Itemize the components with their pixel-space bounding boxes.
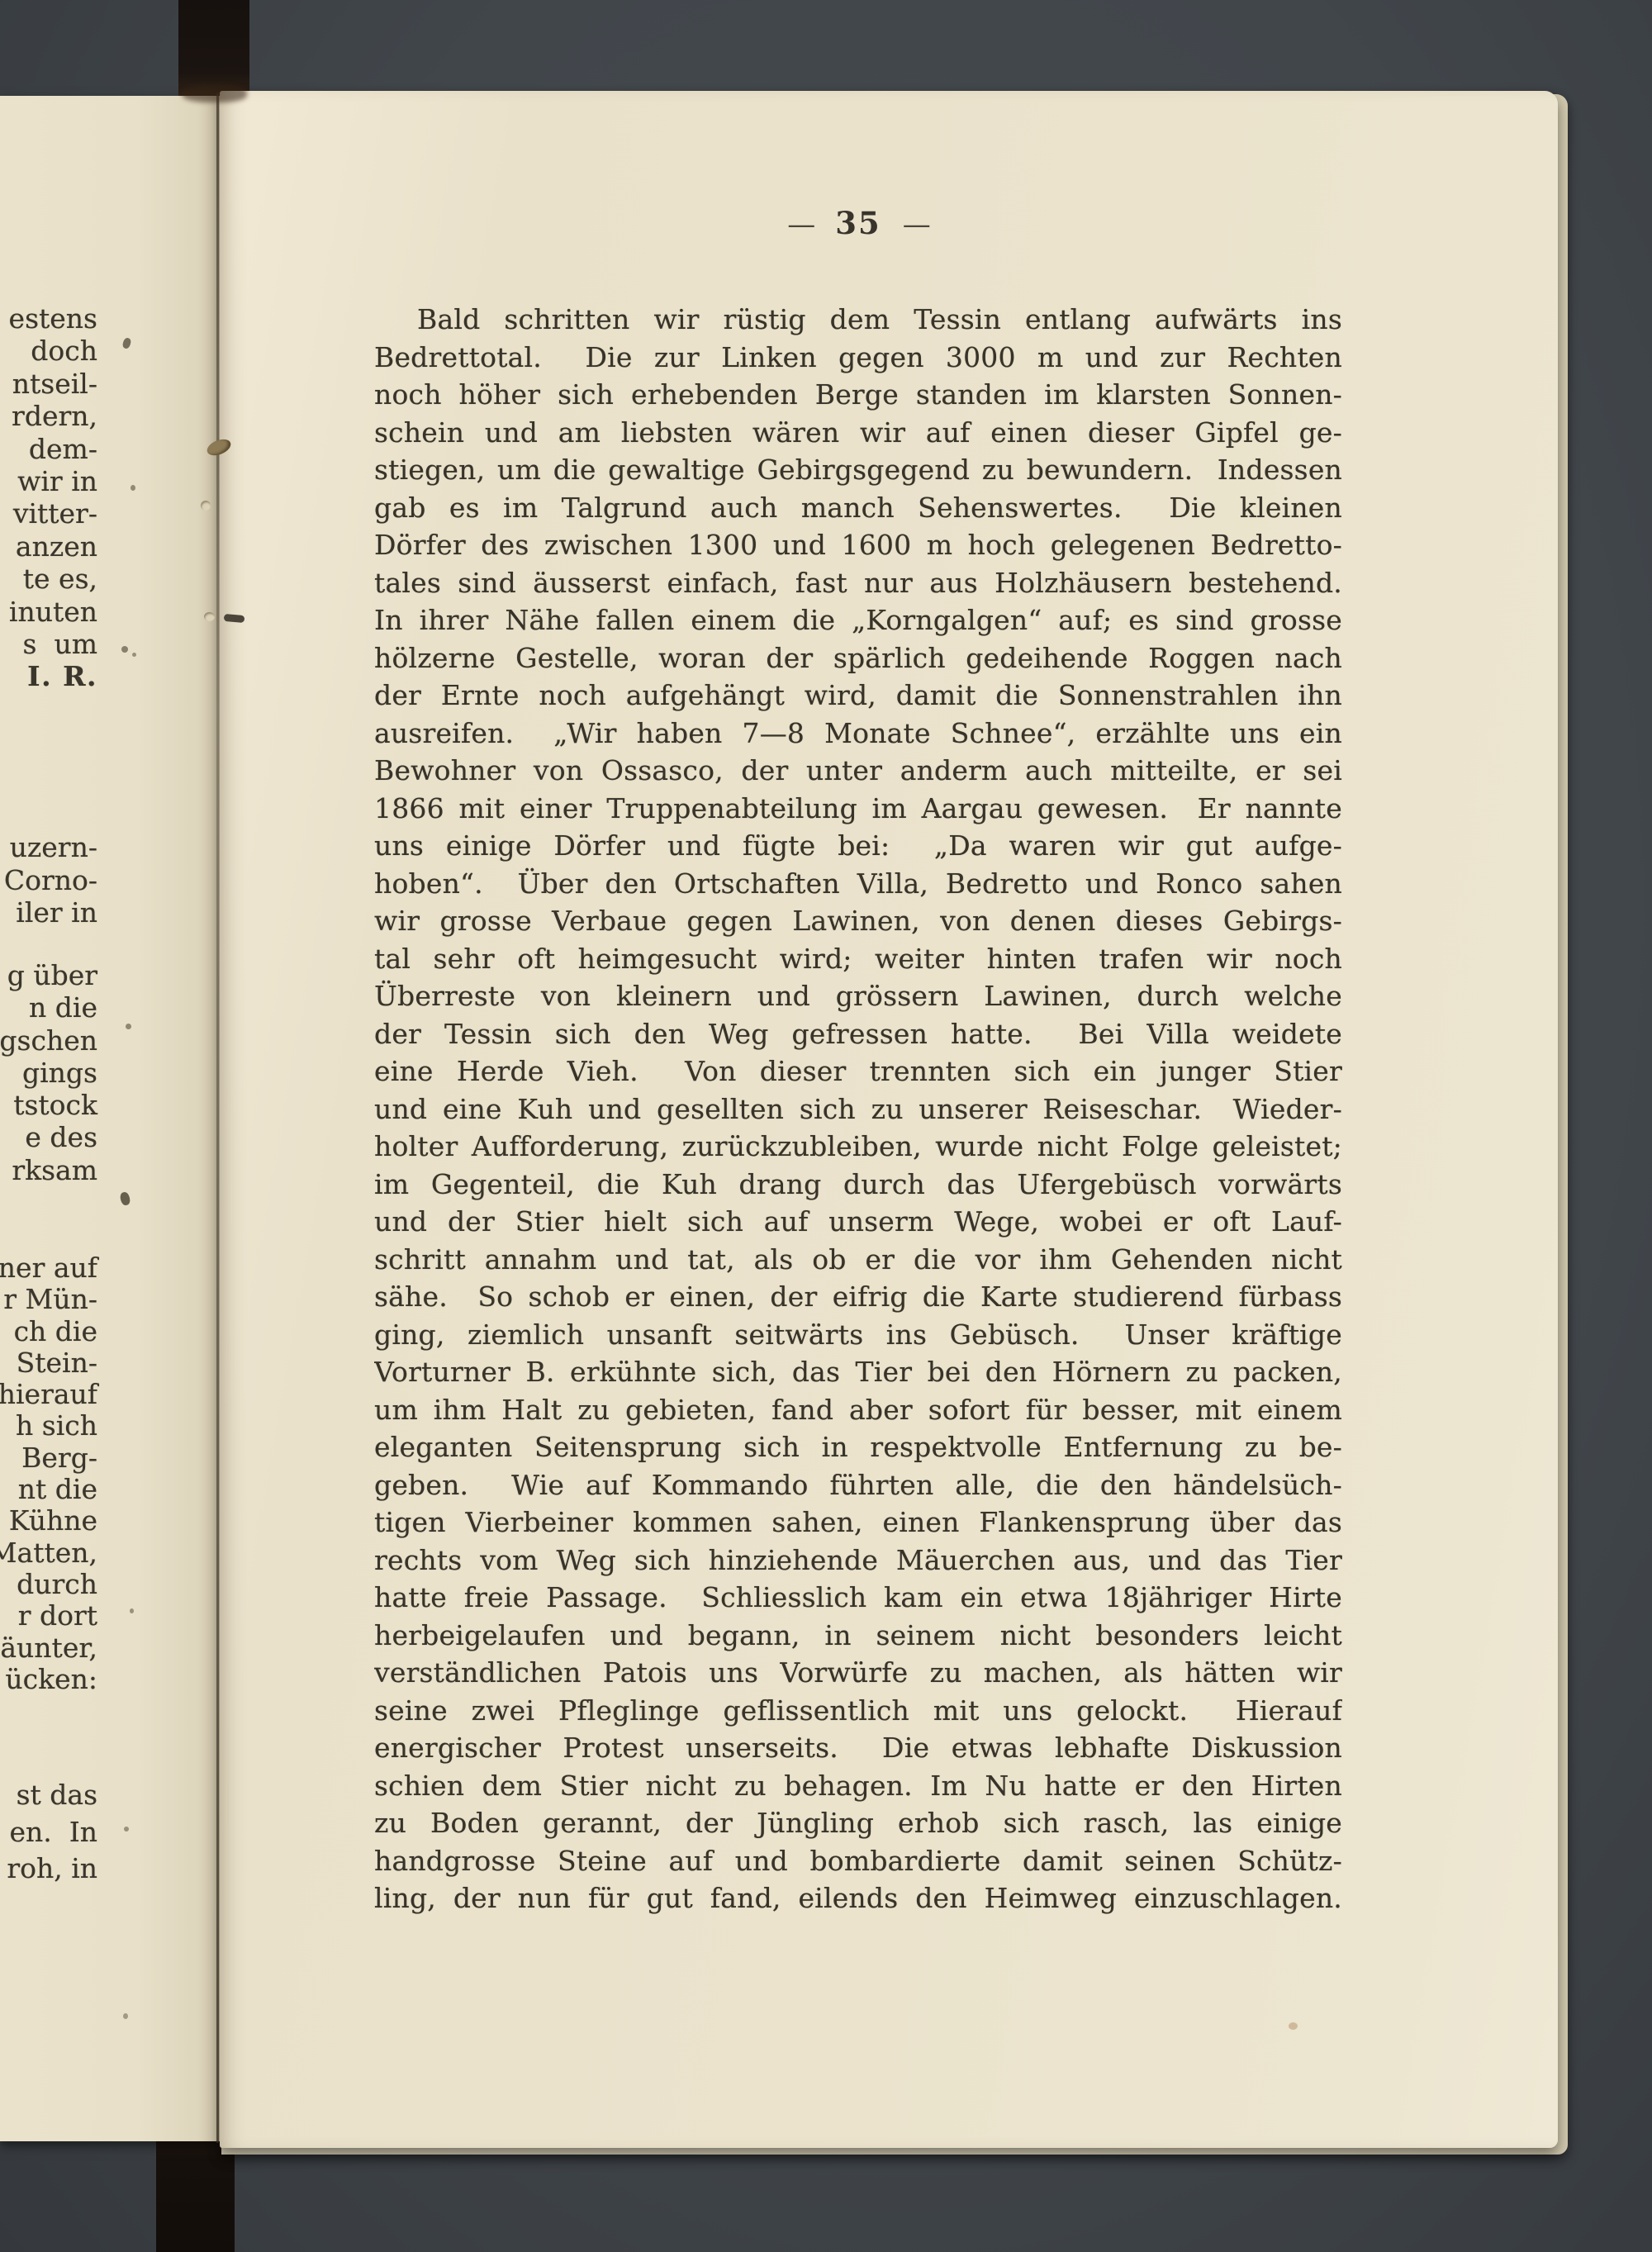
fragment-line: I. R. [9,660,97,692]
fragment-line: Matten, [0,1537,97,1569]
paper-speck [1289,2022,1298,2030]
text-line: sähe. So schob er einen, der eifrig die … [374,1278,1342,1316]
text-line: schein und am liebsten wären wir auf ein… [374,414,1342,452]
text-line: hölzerne Gestelle, woran der spärlich ge… [374,639,1342,677]
page-number-header: —35— [374,205,1342,243]
fragment-line: uzern- [4,831,97,864]
text-line: eine Herde Vieh. Von dieser trennten sic… [374,1052,1342,1090]
stitch-hole [204,612,215,621]
fragment-line: tstock [0,1089,97,1121]
text-line: Bewohner von Ossasco, der unter anderm a… [374,752,1342,790]
fragment-line: hierauf [0,1379,97,1410]
fragment-line: nt die [0,1474,97,1505]
left-fragments-a: estensdochntseil-rdern,dem-wir invitter-… [9,302,97,693]
text-line: und eine Kuh und gesellten sich zu unser… [374,1090,1342,1128]
paper-speck [123,2013,128,2019]
fragment-line: anzen [9,530,97,563]
fragment-line: roh, in [7,1851,97,1888]
left-fragments-e: st dasen. Inroh, in [7,1777,97,1888]
fragment-line: inuten [9,596,97,628]
fragment-line: vitter- [9,497,97,530]
fragment-line: en. In [7,1814,97,1851]
text-line: handgrosse Steine auf und bombardierte d… [374,1842,1342,1880]
text-line: um ihm Halt zu gebieten, fand aber sofor… [374,1391,1342,1429]
text-line: hatte freie Passage. Schliesslich kam ei… [374,1579,1342,1617]
text-line: noch höher sich erhebenden Berge standen… [374,376,1342,414]
text-line: schien dem Stier nicht zu behagen. Im Nu… [374,1767,1342,1805]
text-line: Überreste von kleinern und grössern Lawi… [374,977,1342,1015]
book-scan: estensdochntseil-rdern,dem-wir invitter-… [0,0,1652,2252]
page-gutter-crease [216,93,219,2143]
fragment-line: wir in [9,465,97,497]
text-line: der Tessin sich den Weg gefressen hatte.… [374,1015,1342,1053]
right-page: —35— Bald schritten wir rüstig dem Tessi… [220,91,1558,2148]
text-line: tal sehr oft heimgesucht wird; weiter hi… [374,940,1342,978]
left-page: estensdochntseil-rdern,dem-wir invitter-… [0,96,220,2141]
left-fragments-b: uzern-Corno-iler in [4,831,97,929]
body-text: Bald schritten wir rüstig dem Tessin ent… [374,301,1342,1917]
text-line: seine zwei Pfleglinge geflissentlich mit… [374,1692,1342,1730]
fragment-line: rksam [0,1154,97,1186]
text-line: ging, ziemlich unsanft seitwärts ins Geb… [374,1316,1342,1354]
left-fragments-c: g übern diegschengingststocke desrksam [0,959,97,1186]
text-line: der Ernte noch aufgehängt wird, damit di… [374,677,1342,715]
fragment-line: gings [0,1057,97,1089]
text-line: Dörfer des zwischen 1300 und 1600 m hoch… [374,526,1342,564]
text-line: Bedrettotal. Die zur Linken gegen 3000 m… [374,339,1342,377]
fragment-line: g über [0,959,97,991]
text-line: tales sind äusserst einfach, fast nur au… [374,564,1342,602]
fragment-line: iler in [4,896,97,929]
text-line: im Gegenteil, die Kuh drang durch das Uf… [374,1166,1342,1204]
fragment-line: äunter, [0,1632,97,1664]
text-line: ling, der nun für gut fand, eilends den … [374,1879,1342,1917]
stitch-hole [201,501,211,511]
paper-speck [131,485,135,491]
fragment-line: dem- [9,433,97,465]
fragment-line: doch [9,335,97,367]
page-number-dash-right: — [903,208,929,241]
fragment-line: Stein- [0,1347,97,1379]
text-line: tigen Vierbeiner kommen sahen, einen Fla… [374,1504,1342,1542]
text-line: Vorturner B. erkühnte sich, das Tier bei… [374,1353,1342,1391]
paper-speck [126,1024,131,1029]
fragment-line: estens [9,302,97,335]
fragment-line: st das [7,1777,97,1814]
fragment-line: gschen [0,1024,97,1057]
paper-speck [121,646,128,653]
fragment-line: ntseil- [9,368,97,400]
fragment-line: Kühne [0,1505,97,1537]
binding-tape-fringe [183,85,247,102]
fragment-line: h sich [0,1410,97,1442]
text-line: herbeigelaufen und begann, in seinem nic… [374,1617,1342,1655]
text-line: In ihrer Nähe fallen einem die „Korngalg… [374,601,1342,639]
text-line: stiegen, um die gewaltige Gebirgsgegend … [374,451,1342,489]
fragment-line: s um [9,628,97,660]
paper-speck [132,653,136,657]
fragment-line: ner auf [0,1252,97,1284]
text-line: eleganten Seitensprung sich in respektvo… [374,1428,1342,1466]
fragment-line: n die [0,991,97,1024]
text-line: holter Aufforderung, zurückzubleiben, wu… [374,1128,1342,1166]
fragment-line: ücken: [0,1664,97,1695]
text-line: und der Stier hielt sich auf unserm Wege… [374,1203,1342,1241]
text-line: Bald schritten wir rüstig dem Tessin ent… [374,301,1342,339]
page-number-dash-left: — [787,208,814,241]
text-line: hoben“. Über den Ortschaften Villa, Bedr… [374,865,1342,903]
fragment-line: Corno- [4,864,97,897]
page-number: 35 [835,205,881,241]
fragment-line: r Mün- [0,1284,97,1315]
paper-speck [124,1827,129,1832]
fragment-line: r dort [0,1600,97,1632]
text-line: ausreifen. „Wir haben 7—8 Monate Schnee“… [374,715,1342,753]
text-line: verständlichen Patois uns Vorwürfe zu ma… [374,1654,1342,1692]
text-line: energischer Protest unserseits. Die etwa… [374,1729,1342,1767]
text-line: schritt annahm und tat, als ob er die vo… [374,1241,1342,1279]
text-line: wir grosse Verbaue gegen Lawinen, von de… [374,902,1342,940]
fragment-line: te es, [9,563,97,595]
paper-speck [130,1608,134,1613]
text-line: uns einige Dörfer und fügte bei: „Da war… [374,827,1342,865]
fragment-line: rdern, [9,400,97,432]
text-line: geben. Wie auf Kommando führten alle, di… [374,1466,1342,1504]
fragment-line: Berg- [0,1442,97,1474]
left-fragments-d: ner aufr Mün-ch dieStein-hieraufh sichBe… [0,1252,97,1695]
text-line: 1866 mit einer Truppenabteilung im Aarga… [374,790,1342,828]
text-line: zu Boden gerannt, der Jüngling erhob sic… [374,1804,1342,1842]
fragment-line: durch [0,1569,97,1600]
text-line: gab es im Talgrund auch manch Sehenswert… [374,489,1342,527]
fragment-line: e des [0,1121,97,1153]
fragment-line: ch die [0,1316,97,1347]
text-line: rechts vom Weg sich hinziehende Mäuerche… [374,1542,1342,1580]
